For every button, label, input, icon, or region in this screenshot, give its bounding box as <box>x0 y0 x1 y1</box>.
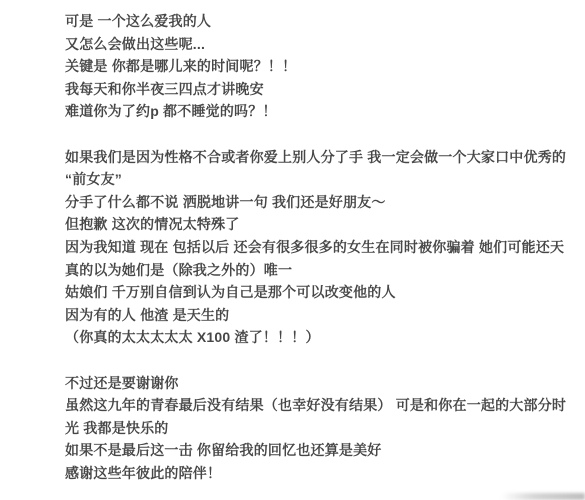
text-line: 难道你为了约p 都不睡觉的吗？！ <box>65 100 577 123</box>
text-line: 虽然这九年的青春最后没有结果（也幸好没有结果） 可是和你在一起的大部分时 <box>65 394 577 417</box>
text-line: 感谢这些年彼此的陪伴！ <box>65 462 577 485</box>
text-line: 关键是 你都是哪儿来的时间呢？！！ <box>65 55 577 78</box>
text-line: 如果我们是因为性格不合或者你爱上别人分了手 我一定会做一个大家口中优秀的 <box>65 146 577 169</box>
text-line: “前女友” <box>65 168 577 191</box>
paragraph-1: 可是 一个这么爱我的人 又怎么会做出这些呢... 关键是 你都是哪儿来的时间呢？… <box>65 10 577 123</box>
text-line: （你真的太太太太太 X100 渣了！！！） <box>65 326 577 349</box>
bottom-edge-shadow <box>501 493 585 500</box>
text-line: 如果不是最后这一击 你留给我的回忆也还算是美好 <box>65 439 577 462</box>
text-line: 因为我知道 现在 包括以后 还会有很多很多的女生在同时被你骗着 她们可能还天 <box>65 236 577 259</box>
text-line: 不过还是要谢谢你 <box>65 372 577 395</box>
text-line: 姑娘们 千万别自信到认为自己是那个可以改变他的人 <box>65 281 577 304</box>
text-line: 因为有的人 他渣 是天生的 <box>65 304 577 327</box>
text-line: 又怎么会做出这些呢... <box>65 33 577 56</box>
text-line: 光 我都是快乐的 <box>65 417 577 440</box>
text-line: 分手了什么都不说 洒脱地讲一句 我们还是好朋友～ <box>65 191 577 214</box>
paragraph-3: 不过还是要谢谢你 虽然这九年的青春最后没有结果（也幸好没有结果） 可是和你在一起… <box>65 372 577 485</box>
text-line: 但抱歉 这次的情况太特殊了 <box>65 213 577 236</box>
text-line: 真的以为她们是（除我之外的）唯一 <box>65 259 577 282</box>
text-line: 可是 一个这么爱我的人 <box>65 10 577 33</box>
text-line: 我每天和你半夜三四点才讲晚安 <box>65 78 577 101</box>
paragraph-2: 如果我们是因为性格不合或者你爱上别人分了手 我一定会做一个大家口中优秀的 “前女… <box>65 146 577 349</box>
post-text: 可是 一个这么爱我的人 又怎么会做出这些呢... 关键是 你都是哪儿来的时间呢？… <box>65 10 577 500</box>
